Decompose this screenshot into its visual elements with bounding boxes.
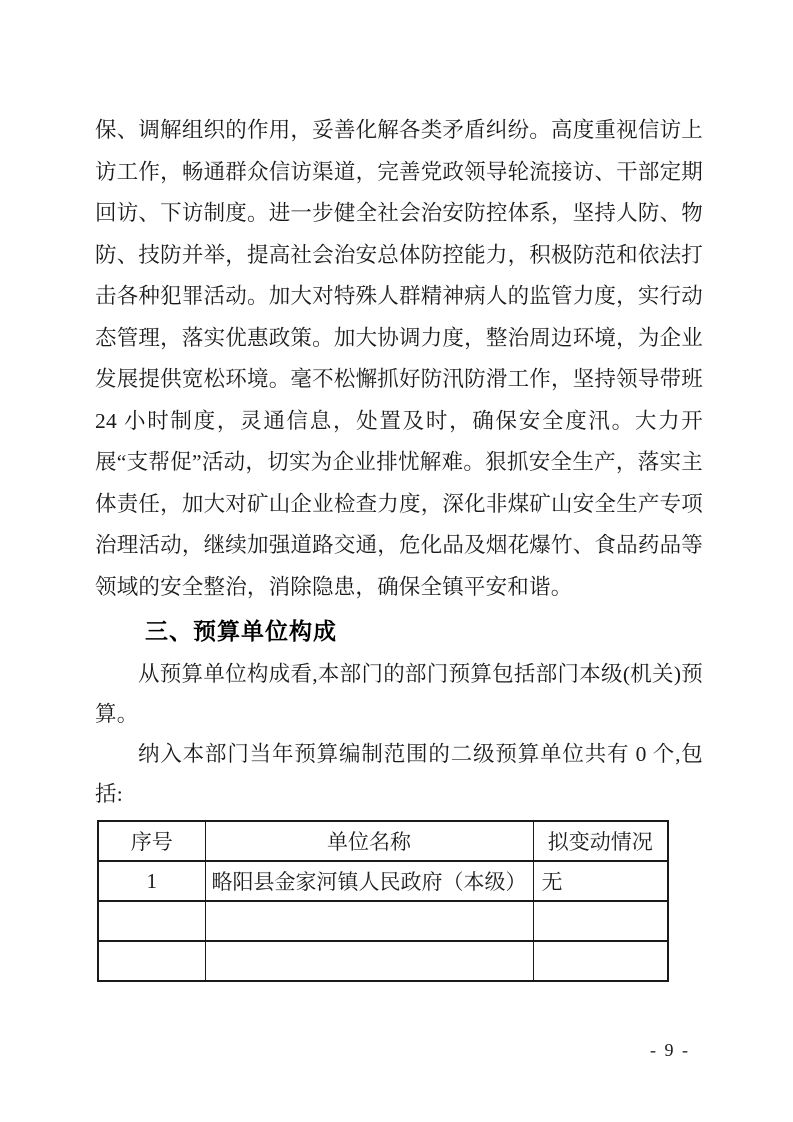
body-paragraph-secondary-units: 纳入本部门当年预算编制范围的二级预算单位共有 0 个,包括: [95,734,703,814]
table-header-proposed-change: 拟变动情况 [533,821,668,861]
table-row: 1 略阳县金家河镇人民政府（本级） 无 [98,861,668,901]
table-row [98,901,668,941]
table-header-row: 序号 单位名称 拟变动情况 [98,821,668,861]
page-number: - 9 - [640,1040,700,1061]
budget-units-table: 序号 单位名称 拟变动情况 1 略阳县金家河镇人民政府（本级） 无 [97,820,669,982]
table-row [98,941,668,981]
cell-proposed-change [533,941,668,981]
cell-unit-name [205,941,533,981]
cell-unit-name: 略阳县金家河镇人民政府（本级） [205,861,533,901]
body-paragraph-continuation: 保、调解组织的作用，妥善化解各类矛盾纠纷。高度重视信访上访工作，畅通群众信访渠道… [95,110,703,608]
body-paragraph-budget-composition: 从预算单位构成看,本部门的部门预算包括部门本级(机关)预算。 [95,654,703,734]
cell-unit-name [205,901,533,941]
table-header-unit-name: 单位名称 [205,821,533,861]
cell-serial-number [98,941,205,981]
cell-proposed-change: 无 [533,861,668,901]
table-header-serial-number: 序号 [98,821,205,861]
document-content: 保、调解组织的作用，妥善化解各类矛盾纠纷。高度重视信访上访工作，畅通群众信访渠道… [95,110,703,982]
cell-proposed-change [533,901,668,941]
section-heading: 三、预算单位构成 [95,608,703,654]
cell-serial-number [98,901,205,941]
cell-serial-number: 1 [98,861,205,901]
document-page: 保、调解组织的作用，妥善化解各类矛盾纠纷。高度重视信访上访工作，畅通群众信访渠道… [0,0,793,1122]
